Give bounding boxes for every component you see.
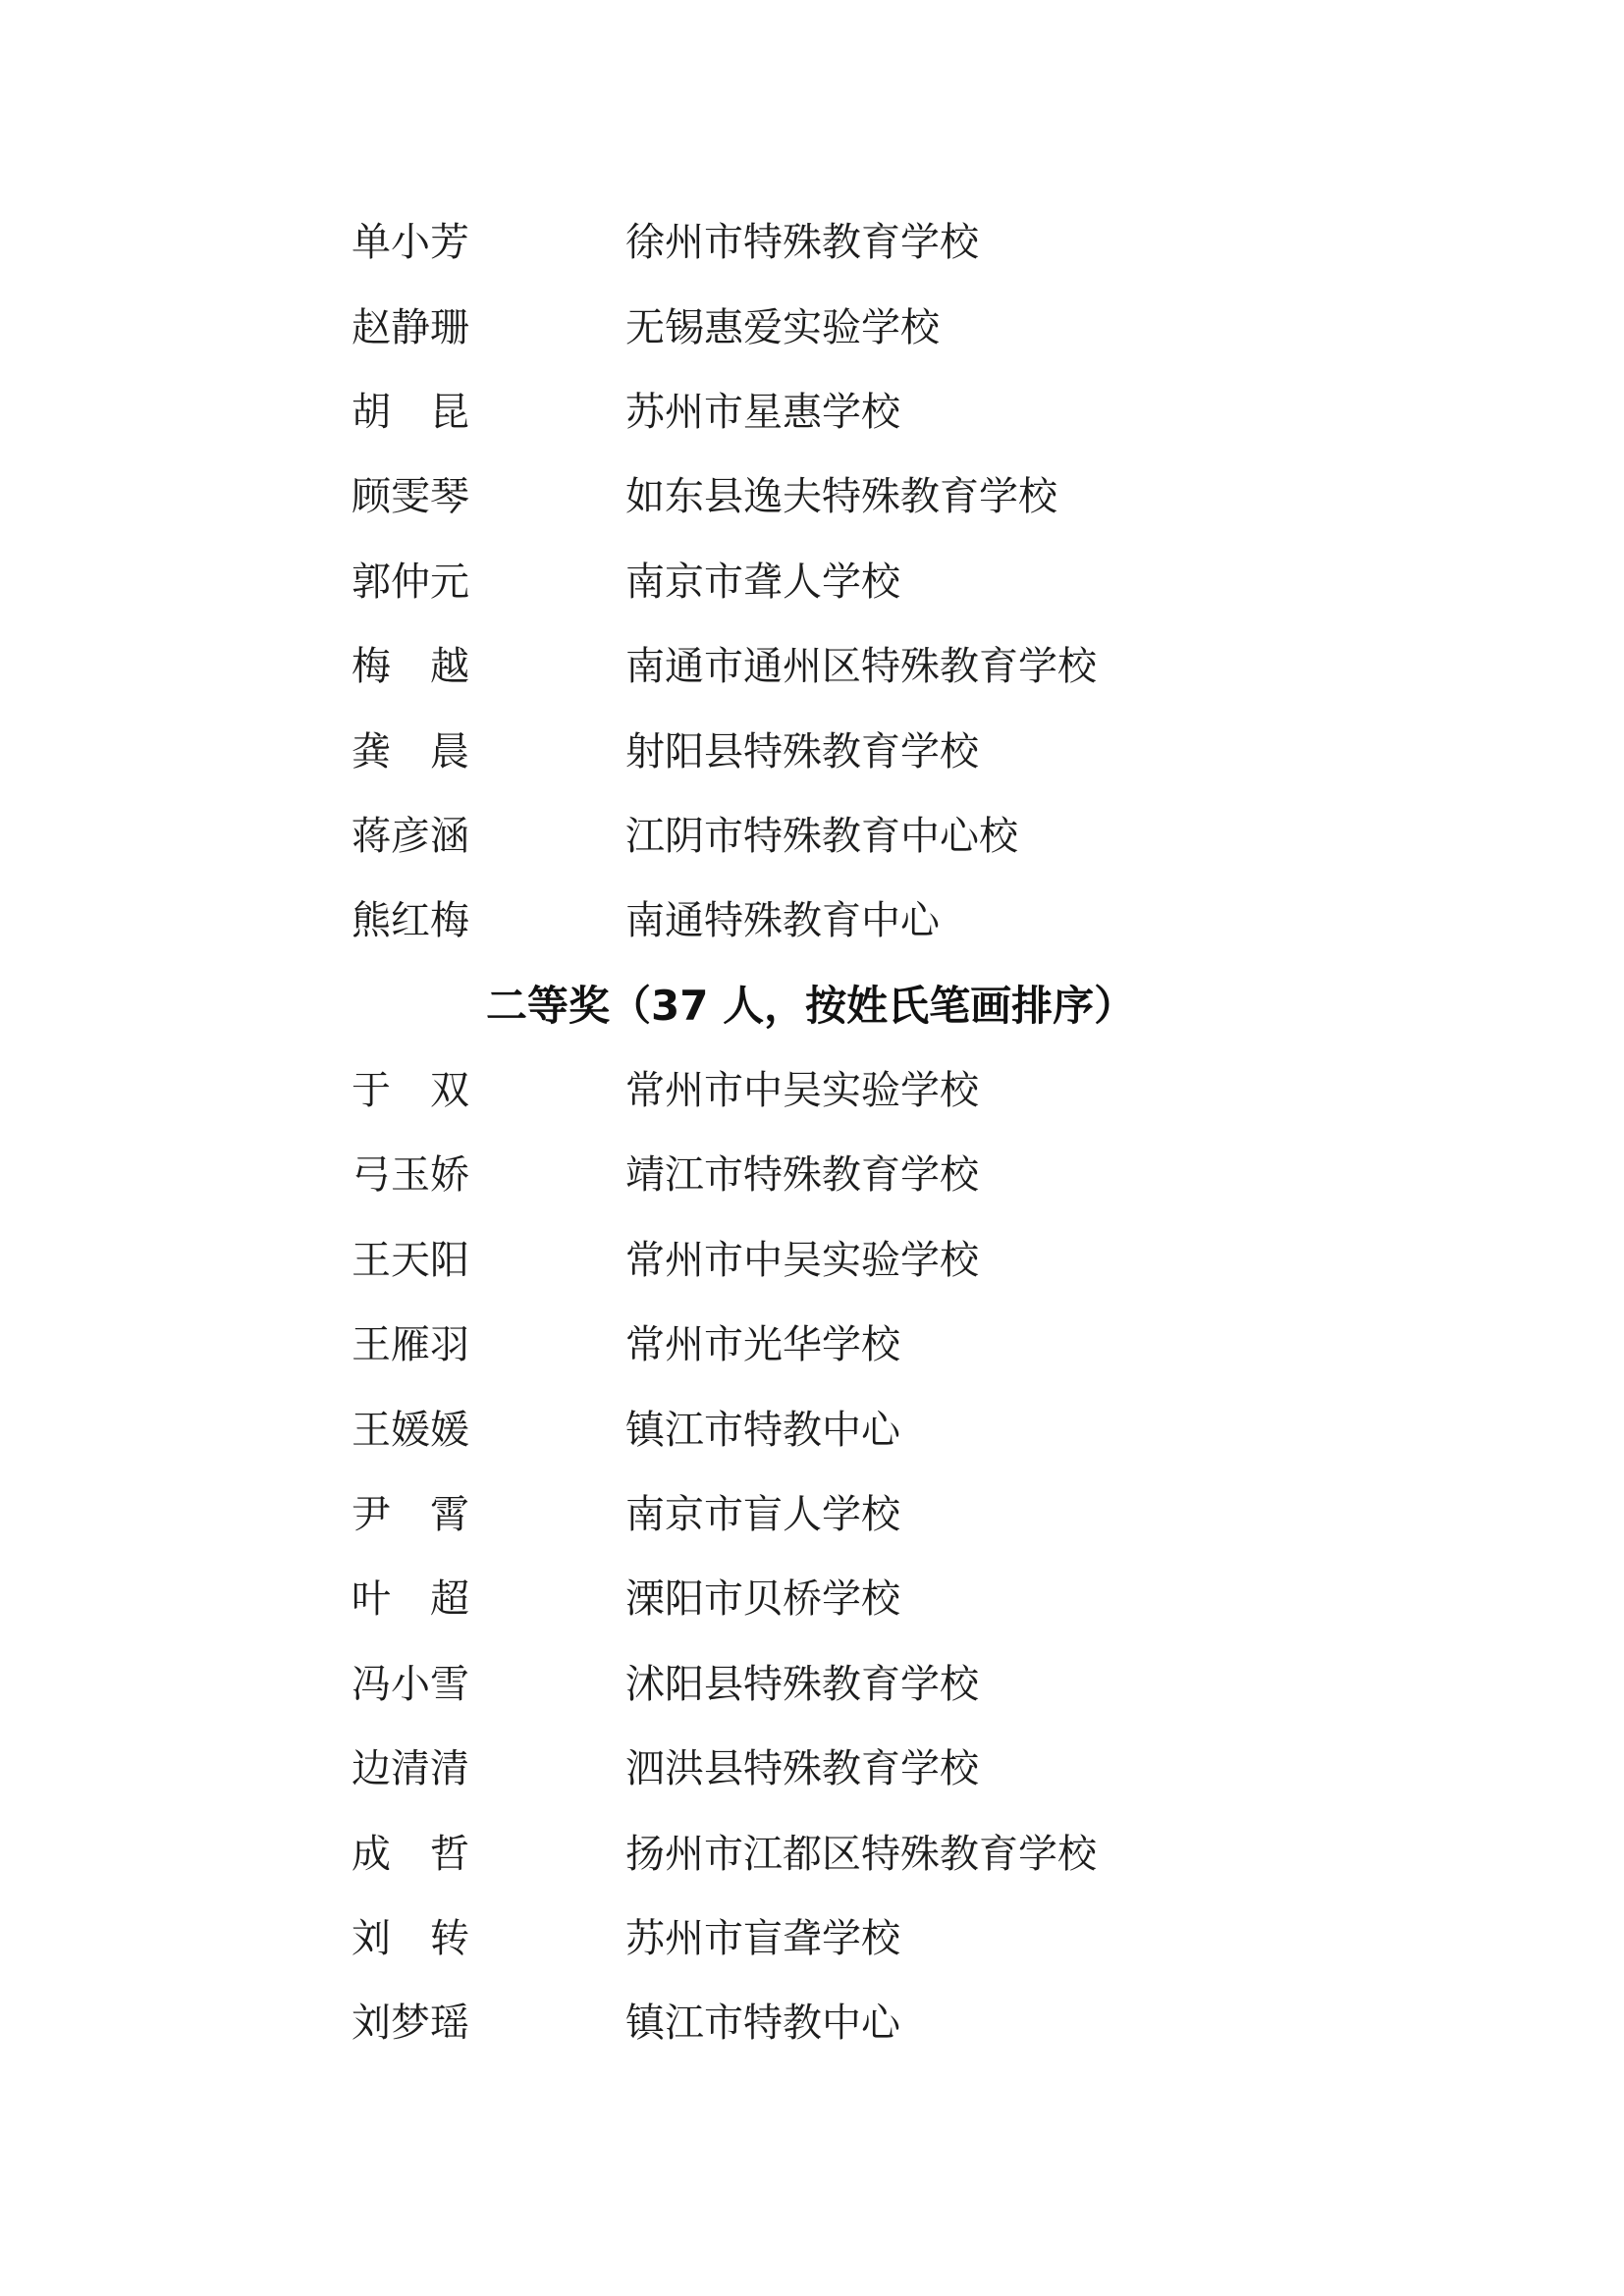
winner-name: 王媛媛 xyxy=(352,1407,625,1454)
award-row: 胡 昆 苏州市星惠学校 xyxy=(352,370,1545,454)
winner-school: 南京市盲人学校 xyxy=(625,1491,900,1538)
winner-name: 郭仲元 xyxy=(352,559,625,606)
award-row: 叶 超 溧阳市贝桥学校 xyxy=(352,1557,1545,1641)
award-row: 蒋彦涵 江阴市特殊教育中心校 xyxy=(352,794,1545,879)
award-row: 赵静珊 无锡惠爱实验学校 xyxy=(352,285,1545,369)
award-row: 弓玉娇 靖江市特殊教育学校 xyxy=(352,1133,1545,1217)
winner-name: 赵静珊 xyxy=(352,304,625,351)
winner-school: 江阴市特殊教育中心校 xyxy=(625,813,1018,860)
winner-name: 胡 昆 xyxy=(352,389,625,436)
winner-name: 王天阳 xyxy=(352,1237,625,1284)
winner-school: 常州市光华学校 xyxy=(625,1321,900,1368)
winner-school: 如东县逸夫特殊教育学校 xyxy=(625,473,1057,520)
winner-name: 刘梦瑶 xyxy=(352,2000,625,2047)
winner-name: 顾雯琴 xyxy=(352,473,625,520)
winner-school: 常州市中吴实验学校 xyxy=(625,1237,979,1284)
award-row: 边清清 泗洪县特殊教育学校 xyxy=(352,1727,1545,1811)
winner-school: 泗洪县特殊教育学校 xyxy=(625,1745,979,1792)
winner-school: 南通市通州区特殊教育学校 xyxy=(625,643,1097,690)
winner-name: 龚 晨 xyxy=(352,728,625,775)
award-row: 尹 霄 南京市盲人学校 xyxy=(352,1472,1545,1557)
award-row: 刘 转 苏州市盲聋学校 xyxy=(352,1896,1545,1981)
winner-name: 单小芳 xyxy=(352,219,625,266)
winner-school: 靖江市特殊教育学校 xyxy=(625,1151,979,1199)
winner-school: 常州市中吴实验学校 xyxy=(625,1067,979,1114)
winner-school: 沭阳县特殊教育学校 xyxy=(625,1661,979,1708)
document-page: 单小芳 徐州市特殊教育学校 赵静珊 无锡惠爱实验学校 胡 昆 苏州市星惠学校 顾… xyxy=(0,0,1624,2296)
winner-name: 蒋彦涵 xyxy=(352,813,625,860)
award-row: 刘梦瑶 镇江市特教中心 xyxy=(352,1981,1545,2065)
award-row: 顾雯琴 如东县逸夫特殊教育学校 xyxy=(352,454,1545,539)
winner-name: 叶 超 xyxy=(352,1575,625,1623)
award-row: 梅 越 南通市通州区特殊教育学校 xyxy=(352,624,1545,709)
winner-name: 成 哲 xyxy=(352,1831,625,1878)
winner-name: 弓玉娇 xyxy=(352,1151,625,1199)
winner-name: 刘 转 xyxy=(352,1915,625,1962)
winner-school: 苏州市盲聋学校 xyxy=(625,1915,900,1962)
winner-school: 南京市聋人学校 xyxy=(625,559,900,606)
award-row: 单小芳 徐州市特殊教育学校 xyxy=(352,200,1545,285)
award-row: 熊红梅 南通特殊教育中心 xyxy=(352,879,1545,963)
winner-name: 尹 霄 xyxy=(352,1491,625,1538)
winner-name: 边清清 xyxy=(352,1745,625,1792)
award-row: 王雁羽 常州市光华学校 xyxy=(352,1303,1545,1387)
award-row: 于 双 常州市中吴实验学校 xyxy=(352,1048,1545,1133)
winner-name: 王雁羽 xyxy=(352,1321,625,1368)
winner-school: 南通特殊教育中心 xyxy=(625,897,940,944)
award-row: 郭仲元 南京市聋人学校 xyxy=(352,540,1545,624)
heading-row: 二等奖（37 人，按姓氏笔画排序） xyxy=(352,964,1545,1048)
award-list: 单小芳 徐州市特殊教育学校 赵静珊 无锡惠爱实验学校 胡 昆 苏州市星惠学校 顾… xyxy=(352,200,1545,2066)
award-row: 王天阳 常州市中吴实验学校 xyxy=(352,1218,1545,1303)
second-prize-heading: 二等奖（37 人，按姓氏笔画排序） xyxy=(486,982,1135,1031)
award-row: 王媛媛 镇江市特教中心 xyxy=(352,1387,1545,1471)
winner-name: 梅 越 xyxy=(352,643,625,690)
winner-school: 镇江市特教中心 xyxy=(625,1407,900,1454)
winner-school: 镇江市特教中心 xyxy=(625,2000,900,2047)
winner-school: 扬州市江都区特殊教育学校 xyxy=(625,1831,1097,1878)
winner-school: 徐州市特殊教育学校 xyxy=(625,219,979,266)
winner-school: 溧阳市贝桥学校 xyxy=(625,1575,900,1623)
winner-school: 无锡惠爱实验学校 xyxy=(625,304,940,351)
award-row: 龚 晨 射阳县特殊教育学校 xyxy=(352,709,1545,793)
winner-name: 熊红梅 xyxy=(352,897,625,944)
winner-name: 冯小雪 xyxy=(352,1661,625,1708)
winner-school: 苏州市星惠学校 xyxy=(625,389,900,436)
winner-school: 射阳县特殊教育学校 xyxy=(625,728,979,775)
award-row: 冯小雪 沭阳县特殊教育学校 xyxy=(352,1642,1545,1727)
award-row: 成 哲 扬州市江都区特殊教育学校 xyxy=(352,1811,1545,1896)
winner-name: 于 双 xyxy=(352,1067,625,1114)
